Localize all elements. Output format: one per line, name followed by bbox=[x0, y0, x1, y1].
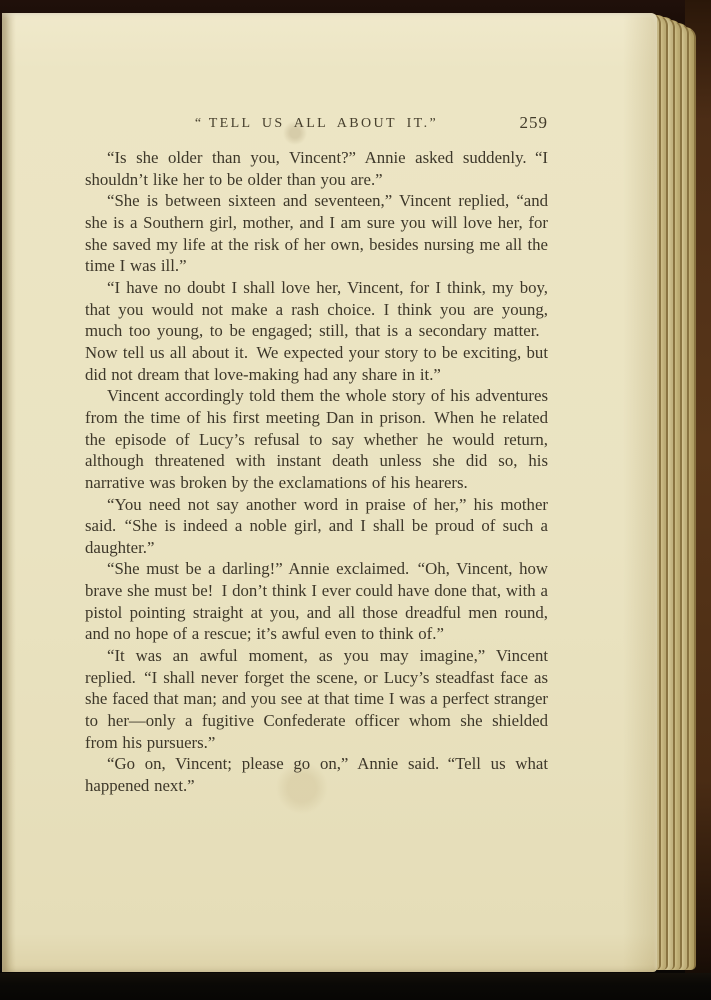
running-title: “ TELL US ALL ABOUT IT.” bbox=[195, 116, 438, 131]
paragraph: “She must be a darling!” Annie exclaimed… bbox=[85, 558, 548, 645]
paragraph: Vincent accordingly told them the whole … bbox=[85, 385, 548, 493]
paragraph: “She is between sixteen and seventeen,” … bbox=[85, 190, 548, 277]
paragraph: “You need not say another word in praise… bbox=[85, 494, 548, 559]
paragraph: “It was an awful moment, as you may imag… bbox=[85, 645, 548, 753]
book-page: “ TELL US ALL ABOUT IT.” 259 “Is she old… bbox=[2, 13, 657, 972]
paragraph: “Go on, Vincent; please go on,” Annie sa… bbox=[85, 753, 548, 796]
paragraph: “Is she older than you, Vincent?” Annie … bbox=[85, 147, 548, 190]
page-number: 259 bbox=[520, 113, 549, 133]
scanned-book-photo: “ TELL US ALL ABOUT IT.” 259 “Is she old… bbox=[0, 0, 711, 1000]
page-text: “Is she older than you, Vincent?” Annie … bbox=[85, 147, 548, 797]
book-cover-bottom bbox=[0, 973, 711, 1000]
paragraph: “I have no doubt I shall love her, Vince… bbox=[85, 277, 548, 385]
running-head: “ TELL US ALL ABOUT IT.” 259 bbox=[85, 114, 548, 136]
